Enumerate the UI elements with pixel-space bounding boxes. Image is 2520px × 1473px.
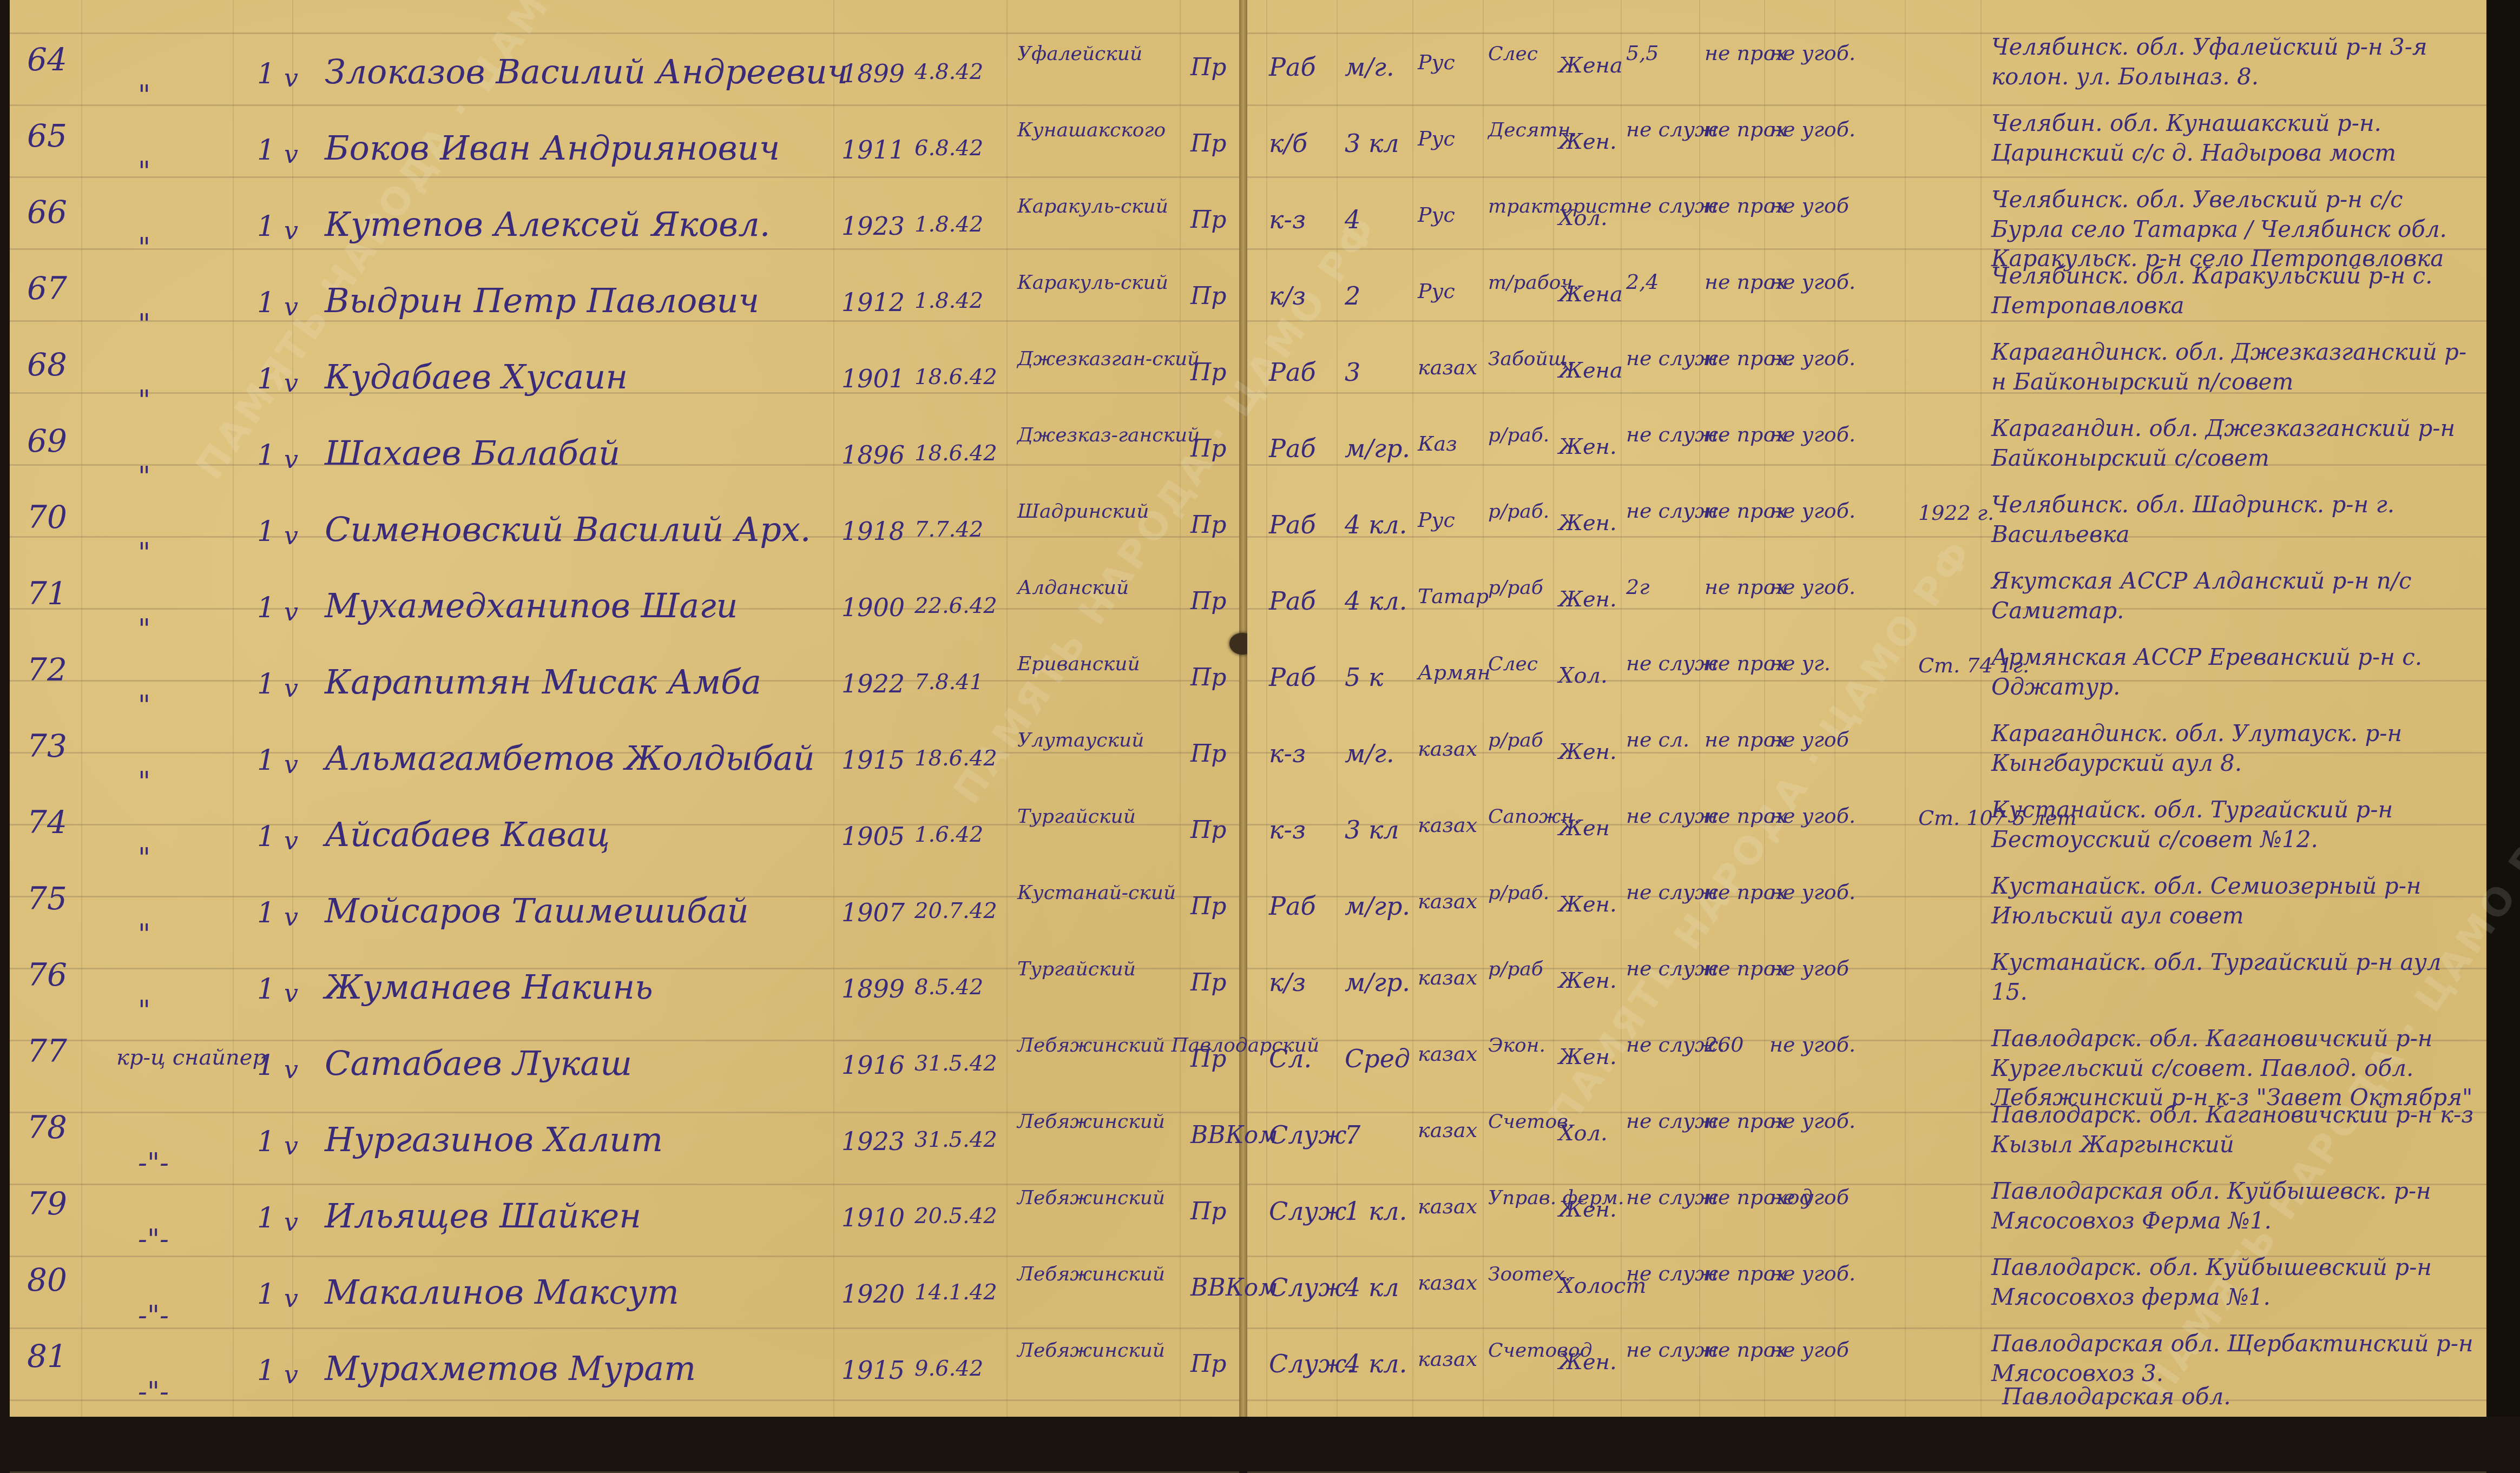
row-number: 71 <box>27 577 67 610</box>
profession: р/раб <box>1488 730 1543 751</box>
status: Пр <box>1190 513 1227 538</box>
birth-year: 1918 <box>841 518 905 544</box>
row-number: 66 <box>27 196 67 229</box>
date: 1.8.42 <box>914 213 983 236</box>
check-mark: v <box>284 370 298 396</box>
home-address: Челябинск. обл. Шадринск. р-н г. Василье… <box>1991 490 2478 549</box>
conviction-record: не угоб. <box>1769 267 1856 298</box>
date: 18.6.42 <box>914 366 997 388</box>
nationality: казах <box>1418 1196 1477 1218</box>
date: 1.8.42 <box>914 289 983 312</box>
birth-year: 1905 <box>841 823 905 849</box>
count: 1 <box>257 746 275 776</box>
education: 4 кл. <box>1345 1351 1407 1377</box>
education: 3 <box>1345 359 1360 385</box>
status: ВВКом <box>1190 1276 1278 1300</box>
count: 1 <box>257 899 275 928</box>
full-name: Айсабаев Кавац <box>325 817 610 852</box>
nationality: казах <box>1418 1349 1477 1370</box>
date: 8.5.42 <box>914 976 983 999</box>
home-address: Челябин. обл. Кунашакский р-н. Царинский… <box>1991 109 2478 168</box>
count: 1 <box>257 212 275 242</box>
district-commissariat: Джезказ-ганский <box>1017 425 1200 446</box>
conviction-record: не угоб <box>1769 1335 1849 1365</box>
row-number: 80 <box>27 1264 67 1297</box>
full-name: Мухамедханипов Шаги <box>325 588 738 623</box>
count: 1 <box>257 822 275 852</box>
conviction-record: не угоб. <box>1769 496 1856 526</box>
count: 1 <box>257 1127 275 1157</box>
education: 3 кл <box>1345 817 1399 843</box>
home-address: Челябинск. обл. Каракульский р-н с. Петр… <box>1991 261 2478 320</box>
service-record: 5,5 <box>1626 38 1659 69</box>
full-name: Карапитян Мисак Амба <box>325 664 761 699</box>
full-name: Нургазинов Халит <box>325 1122 663 1157</box>
birth-year: 1896 <box>841 442 905 468</box>
row-number: 75 <box>27 882 67 915</box>
row-number: 70 <box>27 501 67 534</box>
home-address: Кустанайск. обл. Семиозерный р-н Июльски… <box>1991 871 2478 930</box>
social-origin: Раб <box>1269 893 1315 919</box>
date: 20.7.42 <box>914 900 997 922</box>
conviction-record: не угоб <box>1769 724 1849 755</box>
row-number: 64 <box>27 43 67 76</box>
check-mark: v <box>284 1362 298 1388</box>
date: 1.6.42 <box>914 823 983 846</box>
home-address: Карагандин. обл. Джезказганский р-н Байк… <box>1991 414 2478 473</box>
status: ВВКом <box>1190 1123 1278 1148</box>
nationality: казах <box>1418 815 1477 836</box>
check-mark: v <box>284 217 298 243</box>
education: 7 <box>1345 1122 1360 1148</box>
education: м/гр. <box>1345 893 1410 919</box>
date: 7.7.42 <box>914 518 983 541</box>
social-origin: Служ <box>1269 1274 1346 1300</box>
full-name: Мурахметов Мурат <box>325 1351 696 1386</box>
family-status: Жен. <box>1558 588 1617 611</box>
date: 18.6.42 <box>914 442 997 465</box>
check-mark: v <box>284 294 298 320</box>
birth-year: 1923 <box>841 213 905 239</box>
education: 4 кл. <box>1345 588 1407 614</box>
family-status: Жен <box>1558 817 1610 840</box>
full-name: Боков Иван Андриянович <box>325 130 780 166</box>
district-commissariat: Алданский <box>1017 577 1129 599</box>
conviction-record: не угоб. <box>1769 572 1856 603</box>
partial-bottom-entry: Павлодарская обл. <box>2002 1385 2231 1409</box>
service-record: 2г <box>1626 572 1649 603</box>
service-record: 2,4 <box>1626 267 1659 298</box>
rank: кр-ц снайпер <box>116 1046 266 1069</box>
family-status: Жен. <box>1558 1351 1617 1373</box>
profession: р/раб. <box>1488 501 1549 523</box>
nationality: Рус <box>1418 52 1455 74</box>
education: 5 к <box>1345 664 1383 690</box>
profession: Экон. <box>1488 1035 1545 1056</box>
social-origin: Раб <box>1269 54 1315 80</box>
check-mark: v <box>284 1056 298 1082</box>
birth-year: 1912 <box>841 289 905 315</box>
district-commissariat: Тургайский <box>1017 806 1136 828</box>
check-mark: v <box>284 65 298 91</box>
conviction-record: не угоб. <box>1769 1029 1856 1060</box>
social-origin: Раб <box>1269 664 1315 690</box>
conviction-record: не угоб. <box>1769 419 1856 450</box>
birth-year: 1920 <box>841 1281 905 1307</box>
date: 4.8.42 <box>914 61 983 83</box>
nationality: Татар <box>1418 586 1489 607</box>
education: 3 кл <box>1345 130 1399 156</box>
district-commissariat: Каракуль-ский <box>1017 196 1168 217</box>
family-status: Жен. <box>1558 435 1617 458</box>
education: 4 <box>1345 207 1360 233</box>
education: м/г. <box>1345 741 1394 767</box>
home-address: Якутская АССР Алданский р-н п/с Самигтар… <box>1991 566 2478 625</box>
full-name: Кудабаев Хусаин <box>325 359 628 394</box>
status: Пр <box>1190 818 1227 843</box>
nationality: казах <box>1418 891 1477 913</box>
birth-year: 1915 <box>841 747 905 773</box>
date: 6.8.42 <box>914 137 983 160</box>
ditto-mark: -"- <box>138 1378 169 1406</box>
count: 1 <box>257 1204 275 1233</box>
family-status: Хол. <box>1558 207 1608 229</box>
birth-year: 1900 <box>841 595 905 620</box>
date: 20.5.42 <box>914 1205 997 1227</box>
nationality: Рус <box>1418 281 1455 302</box>
family-status: Жен. <box>1558 1046 1617 1068</box>
nationality: Рус <box>1418 510 1455 531</box>
social-origin: Раб <box>1269 588 1315 614</box>
date: 9.6.42 <box>914 1357 983 1380</box>
birth-year: 1901 <box>841 366 905 392</box>
count: 1 <box>257 517 275 547</box>
row-number: 69 <box>27 425 67 458</box>
count: 1 <box>257 288 275 318</box>
profession: р/раб. <box>1488 882 1549 904</box>
social-origin: к/б <box>1269 130 1307 156</box>
full-name: Жуманаев Накинь <box>325 969 653 1005</box>
education: 2 <box>1345 283 1360 309</box>
birth-year: 1911 <box>841 137 905 163</box>
district-commissariat: Ериванский <box>1017 653 1140 675</box>
count: 1 <box>257 1356 275 1386</box>
date: 31.5.42 <box>914 1052 997 1075</box>
family-status: Хол. <box>1558 664 1608 687</box>
full-name: Мойсаров Ташмешибай <box>325 893 749 928</box>
conviction-record: не угоб <box>1769 190 1849 221</box>
birth-year: 1899 <box>841 976 905 1002</box>
check-mark: v <box>284 828 298 854</box>
status: Пр <box>1190 589 1227 614</box>
social-origin: Раб <box>1269 512 1315 538</box>
education: м/г. <box>1345 54 1394 80</box>
district-commissariat: Уфалейский <box>1017 43 1142 65</box>
count: 1 <box>257 136 275 166</box>
count: 1 <box>257 670 275 699</box>
home-address: Карагандинск. обл. Джезказганский р-н Ба… <box>1991 338 2478 397</box>
full-name: Макалинов Максут <box>325 1274 679 1310</box>
nationality: Армян <box>1418 662 1491 684</box>
count: 1 <box>257 1051 275 1081</box>
check-mark: v <box>284 446 298 472</box>
education: м/гр. <box>1345 435 1410 461</box>
education: 1 кл. <box>1345 1198 1407 1224</box>
profession: Слес <box>1488 653 1538 675</box>
family-status: Жен. <box>1558 969 1617 992</box>
birth-year: 1923 <box>841 1128 905 1154</box>
birth-year: 1922 <box>841 671 905 697</box>
home-address: Армянская АССР Ереванский р-н с. Оджатур… <box>1991 643 2478 702</box>
family-status: Жен. <box>1558 741 1617 763</box>
district-commissariat: Лебяжинский <box>1017 1111 1165 1133</box>
nationality: Рус <box>1418 128 1455 150</box>
status: Пр <box>1190 131 1227 156</box>
row-number: 65 <box>27 120 67 153</box>
status: Пр <box>1190 970 1227 995</box>
full-name: Сименовский Василий Арх. <box>325 512 811 547</box>
status: Пр <box>1190 665 1227 690</box>
birth-year: 1910 <box>841 1205 905 1231</box>
count: 1 <box>257 593 275 623</box>
full-name: Альмагамбетов Жолдыбай <box>325 741 815 776</box>
count: 1 <box>257 365 275 394</box>
status: Пр <box>1190 742 1227 767</box>
social-origin: Служ. <box>1269 1198 1354 1224</box>
family-status: Хол. <box>1558 1122 1608 1145</box>
social-origin: к-з <box>1269 741 1306 767</box>
status: Пр <box>1190 360 1227 385</box>
date: 14.1.42 <box>914 1281 997 1304</box>
district-commissariat: Каракуль-ский <box>1017 272 1168 294</box>
conviction-record: не угоб <box>1769 953 1849 984</box>
nationality: казах <box>1418 1272 1477 1294</box>
row-number: 72 <box>27 653 67 686</box>
profession: Слес <box>1488 43 1538 65</box>
count: 1 <box>257 1280 275 1310</box>
status: Пр <box>1190 1199 1227 1224</box>
social-origin: к/з <box>1269 283 1306 309</box>
row-number: 67 <box>27 272 67 305</box>
profession: р/раб <box>1488 959 1543 980</box>
social-origin: Служ. <box>1269 1351 1354 1377</box>
row-number: 79 <box>27 1187 67 1220</box>
check-mark: v <box>284 141 298 167</box>
district-commissariat: Улутауский <box>1017 730 1144 751</box>
education: 4 кл. <box>1345 512 1407 538</box>
family-status: Жен. <box>1558 130 1617 153</box>
education: 4 кл <box>1345 1274 1399 1300</box>
family-status: Жена <box>1558 359 1623 382</box>
conviction-record: не угоб. <box>1769 343 1856 374</box>
check-mark: v <box>284 675 298 701</box>
status: Пр <box>1190 1352 1227 1377</box>
status: Пр <box>1190 284 1227 309</box>
birth-year: 1899 <box>841 61 905 87</box>
status: Пр <box>1190 55 1227 80</box>
date: 31.5.42 <box>914 1128 997 1151</box>
social-origin: Сл. <box>1269 1046 1312 1072</box>
row-number: 73 <box>27 730 67 763</box>
education: м/гр. <box>1345 969 1410 995</box>
conviction-record: не угоб <box>1769 1182 1849 1213</box>
notes: 1922 г. <box>1918 501 1994 526</box>
profession: р/раб. <box>1488 425 1549 446</box>
birth-year: 1915 <box>841 1357 905 1383</box>
date: 22.6.42 <box>914 595 997 617</box>
family-status: Жен. <box>1558 512 1617 534</box>
district-commissariat: Тургайский <box>1017 959 1136 980</box>
district-commissariat: Лебяжинский <box>1017 1340 1165 1362</box>
conviction-record: не угоб. <box>1769 801 1856 831</box>
row-number: 78 <box>27 1111 67 1144</box>
check-mark: v <box>284 599 298 625</box>
nationality: казах <box>1418 738 1477 760</box>
social-origin: к-з <box>1269 817 1306 843</box>
home-address: Павлодарск. обл. Куйбышевский р-н Мясосо… <box>1991 1253 2478 1312</box>
home-address: Павлодарск. обл. Кагановичский р-н к-з К… <box>1991 1100 2478 1159</box>
conviction-record: не угоб. <box>1769 1106 1856 1137</box>
profession: р/раб <box>1488 577 1543 599</box>
full-name: Ильящев Шайкен <box>325 1198 641 1233</box>
education: Сред <box>1345 1046 1410 1072</box>
count: 1 <box>257 975 275 1005</box>
check-mark: v <box>284 904 298 930</box>
social-origin: Служ. <box>1269 1122 1354 1148</box>
full-name: Выдрин Петр Павлович <box>325 283 759 318</box>
check-mark: v <box>284 523 298 549</box>
status: Пр <box>1190 208 1227 233</box>
check-mark: v <box>284 1285 298 1311</box>
conviction-record: не уг. <box>1769 648 1831 679</box>
family-status: Жен. <box>1558 1198 1617 1221</box>
row-number: 76 <box>27 959 67 992</box>
birth-year: 1916 <box>841 1052 905 1078</box>
check-mark: v <box>284 980 298 1006</box>
home-address: Челябинск. обл. Уфалейский р-н 3-я колон… <box>1991 32 2478 91</box>
conviction-record: не угоб. <box>1769 38 1856 69</box>
social-origin: к/з <box>1269 969 1306 995</box>
home-address: Павлодарская обл. Щербактинский р-н Мясо… <box>1991 1329 2478 1388</box>
district-commissariat: Кустанай-ский <box>1017 882 1176 904</box>
home-address: Кустанайск. обл. Тургайский р-н Бестоусс… <box>1991 795 2478 854</box>
nationality: казах <box>1418 1043 1477 1065</box>
district-commissariat: Шадринский <box>1017 501 1149 523</box>
district-commissariat: Джезказган-ский <box>1017 348 1200 370</box>
check-mark: v <box>284 1133 298 1159</box>
count: 1 <box>257 60 275 89</box>
row-number: 74 <box>27 806 67 839</box>
scan-border <box>2486 0 2520 1417</box>
nationality: казах <box>1418 1120 1477 1141</box>
full-name: Шахаев Балабай <box>325 435 620 471</box>
status: Пр <box>1190 1047 1227 1072</box>
nationality: Каз <box>1418 433 1457 455</box>
district-commissariat: Лебяжинский <box>1017 1187 1165 1209</box>
family-status: Жена <box>1558 283 1623 306</box>
date: 7.8.41 <box>914 671 983 693</box>
check-mark: v <box>284 1209 298 1235</box>
count: 1 <box>257 441 275 471</box>
nationality: казах <box>1418 967 1477 989</box>
full-name: Злоказов Василий Андреевич <box>325 54 848 89</box>
row-number: 68 <box>27 348 67 381</box>
training-record: 260 <box>1705 1029 1744 1060</box>
conviction-record: не угоб. <box>1769 114 1856 145</box>
row-number: 77 <box>27 1035 67 1068</box>
conviction-record: не угоб. <box>1769 1258 1856 1289</box>
home-address: Кустанайск. обл. Тургайский р-н аул 15. <box>1991 948 2478 1007</box>
district-commissariat: Лебяжинский <box>1017 1264 1165 1285</box>
nationality: Рус <box>1418 204 1455 226</box>
check-mark: v <box>284 751 298 777</box>
full-name: Кутепов Алексей Яковл. <box>325 207 770 242</box>
full-name: Сатабаев Лукаш <box>325 1046 632 1081</box>
date: 18.6.42 <box>914 747 997 770</box>
birth-year: 1907 <box>841 900 905 926</box>
social-origin: Раб <box>1269 359 1315 385</box>
status: Пр <box>1190 437 1227 461</box>
home-address: Павлодарская обл. Куйбышевск. р-н Мясосо… <box>1991 1177 2478 1236</box>
district-commissariat: Кунашакского <box>1017 120 1166 141</box>
home-address: Карагандинск. обл. Улутауск. р-н Кынгбау… <box>1991 719 2478 778</box>
nationality: казах <box>1418 357 1477 379</box>
conviction-record: не угоб. <box>1769 877 1856 908</box>
row-number: 81 <box>27 1340 67 1373</box>
social-origin: Раб <box>1269 435 1315 461</box>
social-origin: к-з <box>1269 207 1306 233</box>
status: Пр <box>1190 894 1227 919</box>
service-record: не сл. <box>1626 724 1689 755</box>
family-status: Жен. <box>1558 893 1617 916</box>
family-status: Жена <box>1558 54 1623 77</box>
